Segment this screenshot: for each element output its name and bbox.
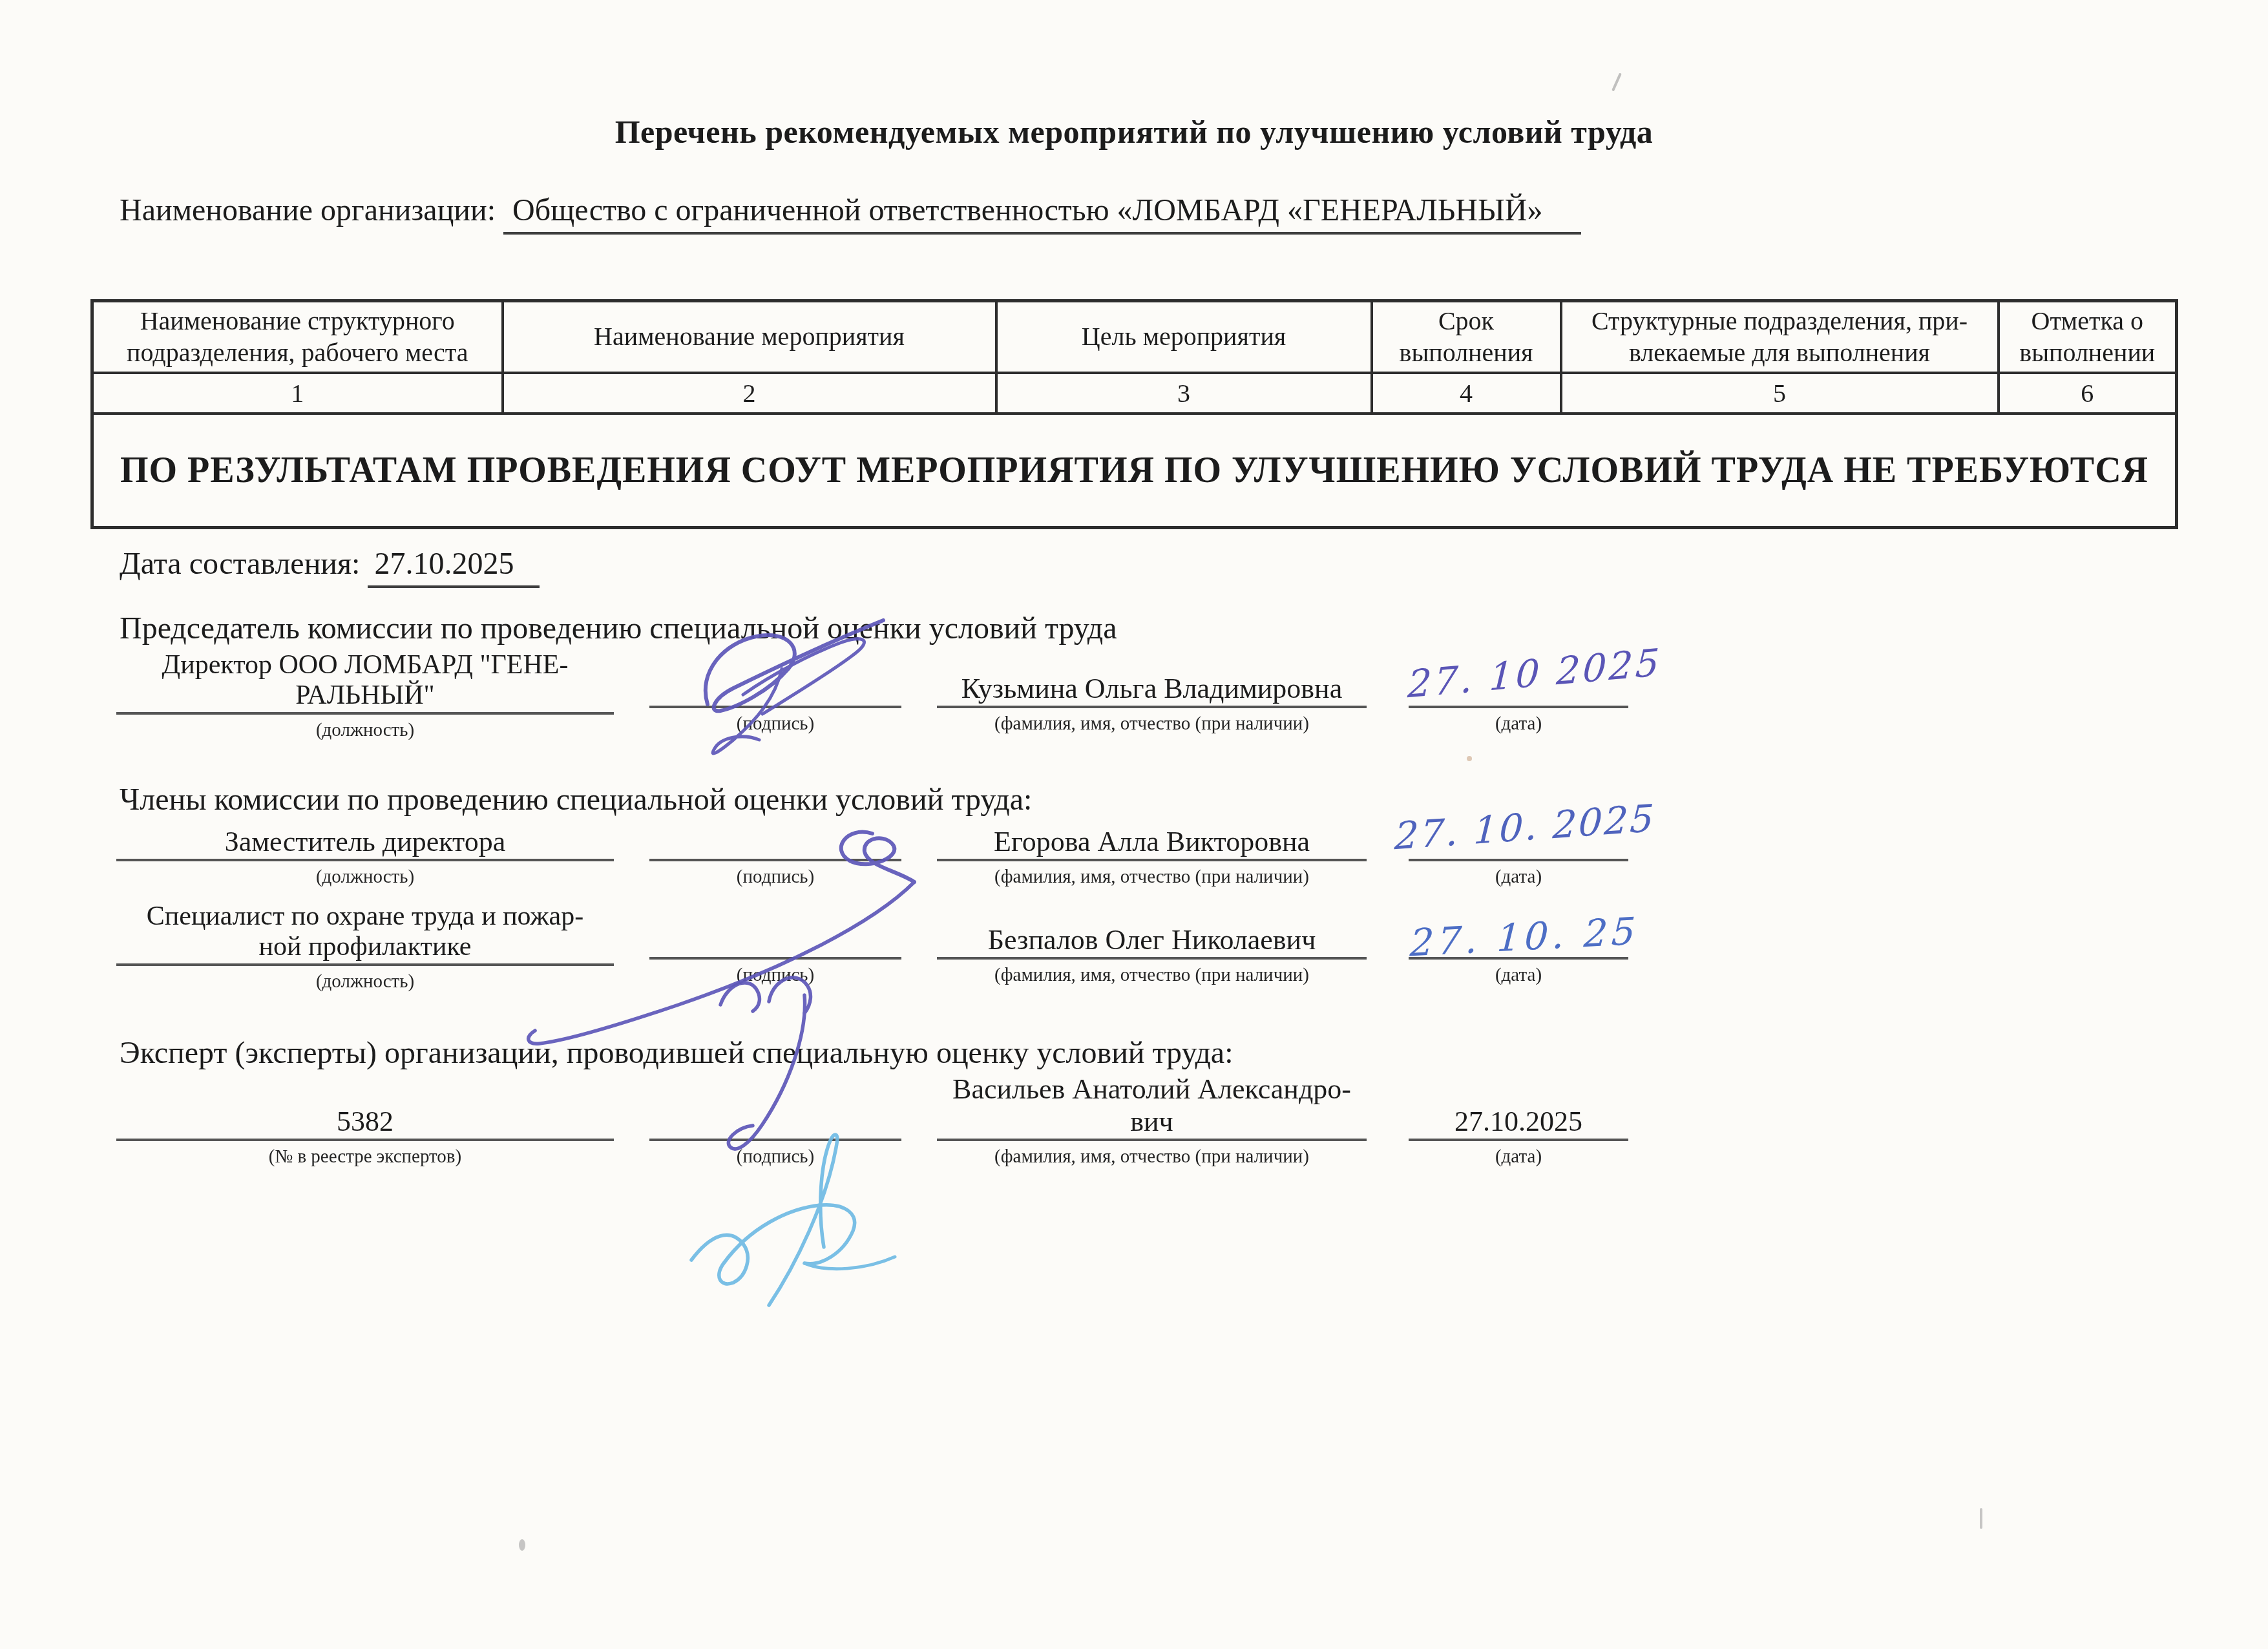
expert-name-field: Васильев Анатолий Александро- вич (фамил…	[937, 1073, 1367, 1168]
organization-label: Наименование организации:	[120, 193, 496, 227]
caption-date: (дата)	[1409, 1146, 1628, 1168]
caption-name: (фамилия, имя, отчество (при наличии)	[937, 965, 1367, 986]
expert-registry-number: 5382	[337, 1106, 394, 1137]
scanned-document-page: { "doc": { "title": "Перечень рекомендуе…	[0, 0, 2268, 1649]
caption-registry: (№ в реестре экспертов)	[116, 1146, 614, 1168]
organization-line: Наименование организации: Общество с огр…	[120, 193, 1581, 235]
col-number-3: 3	[996, 373, 1372, 414]
signature-vasilyev	[672, 1124, 930, 1318]
chairman-position-field: Директор ООО ЛОМБАРД "ГЕНЕ- РАЛЬНЫЙ" (до…	[116, 650, 614, 741]
col-number-4: 4	[1372, 373, 1561, 414]
header-department: Наименование структурного подразделения,…	[92, 301, 503, 373]
col-number-1: 1	[92, 373, 503, 414]
col-number-5: 5	[1561, 373, 1999, 414]
header-deadline: Срок выполнения	[1372, 301, 1561, 373]
chairman-name-field: Кузьмина Ольга Владимировна (фамилия, им…	[937, 650, 1367, 735]
header-involved-units: Структурные подразделения, при- влекаемы…	[1561, 301, 1999, 373]
caption-date: (дата)	[1409, 965, 1628, 986]
col-number-6: 6	[1999, 373, 2177, 414]
scan-artifact-dash	[1980, 1508, 1982, 1529]
chairman-name: Кузьмина Ольга Владимировна	[961, 673, 1342, 704]
caption-date: (дата)	[1409, 713, 1628, 735]
member1-name: Егорова Алла Викторовна	[994, 826, 1310, 857]
member2-name-field: Безпалов Олег Николаевич (фамилия, имя, …	[937, 901, 1367, 986]
chairman-section-heading: Председатель комиссии по проведению спец…	[120, 611, 1117, 646]
table-body-row: ПО РЕЗУЛЬТАТАМ ПРОВЕДЕНИЯ СОУТ МЕРОПРИЯТ…	[92, 414, 2177, 528]
compilation-date-line: Дата составления: 27.10.2025	[120, 546, 540, 588]
scan-artifact-tick	[1612, 72, 1622, 91]
expert-date: 27.10.2025	[1454, 1106, 1582, 1137]
table-number-row: 1 2 3 4 5 6	[92, 373, 2177, 414]
organization-value: Общество с ограниченной ответственностью…	[503, 193, 1581, 235]
caption-name: (фамилия, имя, отчество (при наличии)	[937, 1146, 1367, 1168]
col-number-2: 2	[503, 373, 996, 414]
header-purpose: Цель мероприятия	[996, 301, 1372, 373]
caption-position: (должность)	[116, 720, 614, 741]
compilation-date-value: 27.10.2025	[368, 546, 540, 588]
header-completion-mark: Отметка о выполнении	[1999, 301, 2177, 373]
caption-date: (дата)	[1409, 867, 1628, 888]
scan-artifact-dot	[519, 1539, 525, 1551]
expert-registry-field: 5382 (№ в реестре экспертов)	[116, 1073, 614, 1168]
no-measures-statement: ПО РЕЗУЛЬТАТАМ ПРОВЕДЕНИЯ СОУТ МЕРОПРИЯТ…	[92, 414, 2177, 528]
compilation-date-label: Дата составления:	[120, 547, 360, 581]
table-header-row: Наименование структурного подразделения,…	[92, 301, 2177, 373]
chairman-position: Директор ООО ЛОМБАРД "ГЕНЕ- РАЛЬНЫЙ"	[162, 650, 569, 711]
member2-name: Безпалов Олег Николаевич	[988, 924, 1316, 956]
caption-name: (фамилия, имя, отчество (при наличии)	[937, 867, 1367, 888]
member1-position: Заместитель директора	[225, 826, 506, 857]
scan-artifact-speck	[1467, 756, 1472, 761]
expert-name: Васильев Анатолий Александро- вич	[952, 1073, 1351, 1137]
member1-name-field: Егорова Алла Викторовна (фамилия, имя, о…	[937, 821, 1367, 888]
members-section-heading: Члены комиссии по проведению специальной…	[120, 782, 1032, 817]
signature-kuzmina	[685, 607, 898, 762]
header-measure: Наименование мероприятия	[503, 301, 996, 373]
measures-table: Наименование структурного подразделения,…	[90, 299, 2178, 529]
caption-name: (фамилия, имя, отчество (при наличии)	[937, 713, 1367, 735]
document-title: Перечень рекомендуемых мероприятий по ул…	[0, 113, 2268, 151]
expert-date-field: 27.10.2025 (дата)	[1409, 1073, 1628, 1168]
